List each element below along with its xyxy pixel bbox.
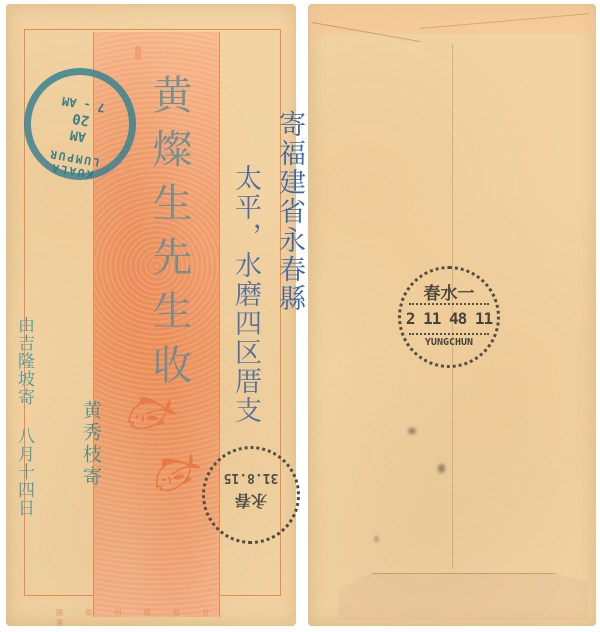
recipient-address-line2: 太平，水磨四区厝支 <box>226 164 265 425</box>
ink-smudge <box>375 536 378 542</box>
envelope-front: 🐟︎ 🐟︎ 郵便 寄福建省永春縣 太平，水磨四区厝支 黄燦生先生收 黄秀枝寄 由… <box>6 4 296 626</box>
sender-address: 由吉隆坡寄 八月十四日 <box>12 316 37 517</box>
recipient-name: 黄燦生先生收 <box>141 74 198 398</box>
arrival-postmark: 春水一 2 11 48 11 YUNGCHUN <box>398 266 500 368</box>
envelope-back: 春水一 2 11 48 11 YUNGCHUN <box>308 4 596 626</box>
recipient-address-line1: 寄福建省永春縣 <box>270 110 309 313</box>
arrival-postmark-chinese: 春水一 <box>401 279 497 304</box>
sender-name: 黄秀枝寄 <box>78 400 105 488</box>
postmark-divider <box>409 303 489 305</box>
bottom-flap <box>338 573 588 620</box>
goldfish-icon: 🐟︎ <box>142 441 207 503</box>
transit-postmark-chinese: 永春 <box>205 490 297 513</box>
printed-vertical-text: 郵便 <box>131 46 143 60</box>
transit-postmark-date: 31.8.15 <box>205 470 297 485</box>
imprint-text: 國 際 田 郵 務 狩 滿 <box>56 608 241 628</box>
postmark-divider <box>409 333 489 335</box>
ink-smudge <box>408 428 416 434</box>
arrival-postmark-latin: YUNGCHUN <box>401 337 497 348</box>
ink-smudge <box>438 464 445 473</box>
transit-postmark: 永春 31.8.15 <box>202 446 300 544</box>
bottom-printed-imprint: 國 際 田 郵 務 狩 滿 <box>56 608 241 628</box>
arrival-postmark-date: 2 11 48 11 <box>401 309 497 328</box>
